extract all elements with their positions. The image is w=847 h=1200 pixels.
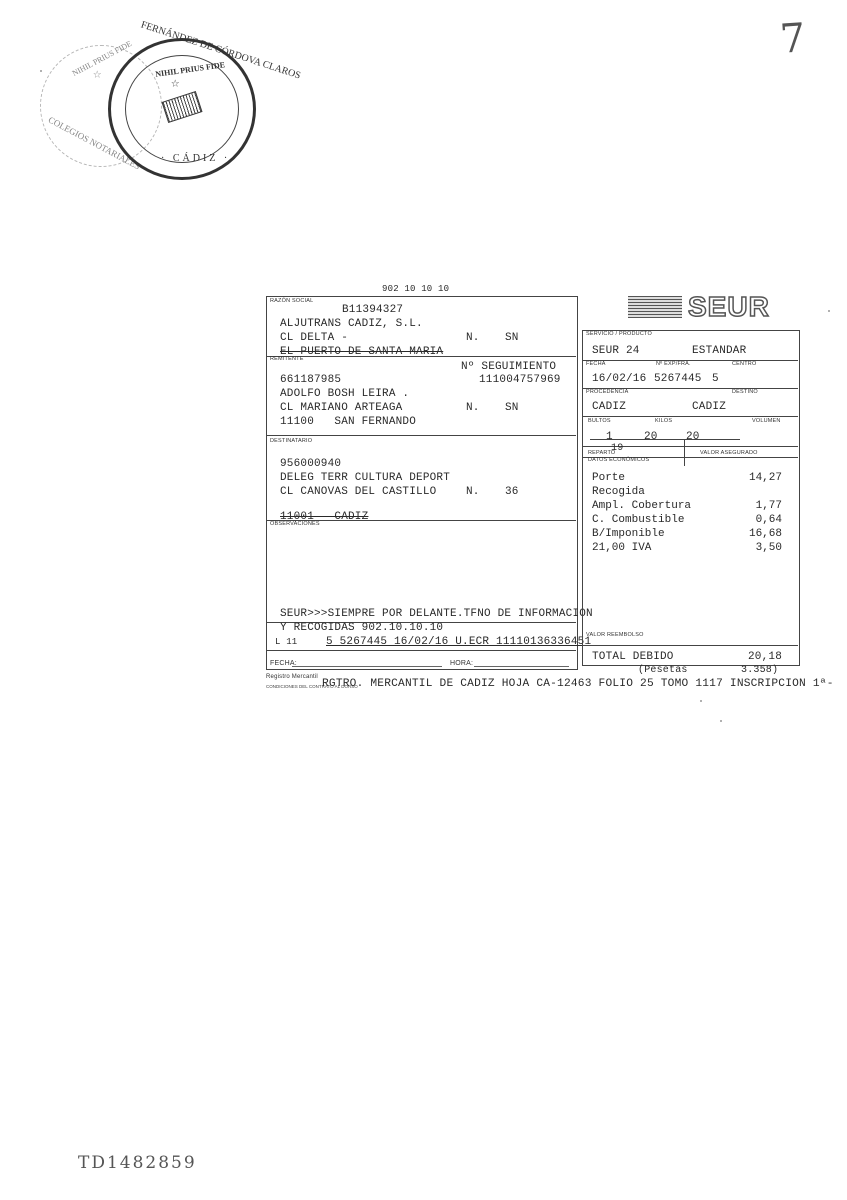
star-icon: ☆ [171, 75, 179, 92]
seur-stripes-icon [628, 296, 682, 318]
remitente-label: Remitente [270, 356, 304, 362]
destinatario-label: Destinatario [270, 438, 312, 444]
fecha-col-label: Fecha [586, 361, 606, 367]
razon-social-number-label: N. [466, 332, 480, 344]
document-id: TD1482859 [78, 1153, 197, 1173]
reparto-value: 19 [611, 443, 623, 454]
razon-social-city: EL PUERTO DE SANTA MARIA [280, 346, 443, 358]
servicio-label: Servicio / Producto [586, 331, 652, 337]
economics-concept: Ampl. Cobertura [592, 500, 691, 514]
economics-row: 21,00 IVA3,50 [592, 542, 782, 556]
fecha-value: 16/02/16 [592, 373, 646, 385]
valor-asegurado-label: Valor asegurado [700, 450, 758, 456]
razon-social-cif: B11394327 [342, 304, 403, 316]
hora-label: HORA: [450, 660, 473, 667]
economics-row: Recogida [592, 486, 782, 500]
tracking-number: 111004757969 [479, 374, 561, 386]
centro-col-label: Centro [732, 361, 756, 367]
volumen-label: Volumen [752, 418, 781, 424]
datos-economicos-label: Datos económicos [588, 457, 649, 463]
producto-value: ESTANDAR [692, 345, 746, 357]
code-line: 5 5267445 16/02/16 U.ECR 11110136336451 [326, 636, 591, 648]
economics-concept: 21,00 IVA [592, 542, 651, 556]
razon-social-street: CL DELTA - [280, 332, 348, 344]
servicio-value: SEUR 24 [592, 345, 640, 357]
tracking-label: Nº SEGUIMIENTO [461, 361, 556, 373]
economics-row: Ampl. Cobertura1,77 [592, 500, 782, 514]
economics-amount: 16,68 [749, 528, 782, 542]
razon-social-number: SN [505, 332, 519, 344]
observaciones-line-2: Y RECOGIDAS 902.10.10.10 [280, 622, 443, 634]
total-label: TOTAL DEBIDO [592, 651, 674, 663]
seur-logo: SEUR [626, 292, 776, 322]
destinatario-street: CL CANOVAS DEL CASTILLO [280, 486, 436, 498]
economics-concept: Recogida [592, 486, 645, 500]
remitente-postal-city: 11100 SAN FERNANDO [280, 416, 416, 428]
economics-amount: 3,50 [756, 542, 782, 556]
procedencia-label: Procedencia [586, 389, 629, 395]
procedencia-value: CADIZ [592, 401, 626, 413]
destino-label: Destino [732, 389, 758, 395]
pesetas-value: 3.358) [741, 665, 778, 676]
razon-social-name: ALJUTRANS CADIZ, S.L. [280, 318, 423, 330]
expedicion-value: 5267445 [654, 373, 702, 385]
centro-value: 5 [712, 373, 719, 385]
code-line-prefix: L 11 [275, 637, 297, 647]
destinatario-name: DELEG TERR CULTURA DEPORT [280, 472, 450, 484]
destinatario-number: 36 [505, 486, 519, 498]
destino-value: CADIZ [692, 401, 726, 413]
handwritten-page-number: 7 [778, 15, 807, 63]
kilos-label: Kilos [655, 418, 672, 424]
remitente-name: ADOLFO BOSH LEIRA . [280, 388, 409, 400]
exp-col-label: Nº Exp/Fra. [656, 361, 691, 367]
total-value: 20,18 [748, 651, 782, 663]
remitente-phone: 661187985 [280, 374, 341, 386]
remitente-number: SN [505, 402, 519, 414]
seal-city: · CÁDIZ · [161, 153, 230, 164]
pesetas-label: (Pesetas [638, 665, 688, 676]
destinatario-number-label: N. [466, 486, 480, 498]
star-icon: ☆ [93, 66, 101, 83]
economics-row: Porte14,27 [592, 472, 782, 486]
top-phone: 902 10 10 10 [382, 284, 449, 294]
volumen-value: 20 [686, 431, 700, 443]
economics-concept: Porte [592, 472, 625, 486]
remitente-number-label: N. [466, 402, 480, 414]
bultos-label: Bultos [588, 418, 611, 424]
valor-reembolso-label: Valor reembolso [586, 632, 644, 638]
remitente-street: CL MARIANO ARTEAGA [280, 402, 402, 414]
economics-amount: 0,64 [756, 514, 782, 528]
economics-row: B/Imponible16,68 [592, 528, 782, 542]
economics-row: C. Combustible0,64 [592, 514, 782, 528]
destinatario-phone: 956000940 [280, 458, 341, 470]
registro-mercantil-text: RGTRO. MERCANTIL DE CADIZ HOJA CA-12463 … [322, 678, 834, 690]
economics-concept: B/Imponible [592, 528, 665, 542]
economics-concept: C. Combustible [592, 514, 684, 528]
seur-wordmark: SEUR [688, 292, 770, 322]
economics-list: Porte14,27RecogidaAmpl. Cobertura1,77C. … [592, 472, 782, 556]
observaciones-label: Observaciones [270, 521, 320, 527]
economics-amount: 1,77 [756, 500, 782, 514]
bultos-value: 1 [606, 431, 613, 443]
registro-label: Registro Mercantil [266, 674, 318, 680]
razon-social-label: Razón social [270, 298, 313, 304]
economics-amount: 14,27 [749, 472, 782, 486]
kilos-value: 20 [644, 431, 658, 443]
notary-seal: FERNÁNDEZ DE CÓRDOVA CLAROS NIHIL PRIUS … [108, 38, 256, 180]
observaciones-line-1: SEUR>>>SIEMPRE POR DELANTE.TFNO DE INFOR… [280, 608, 593, 620]
